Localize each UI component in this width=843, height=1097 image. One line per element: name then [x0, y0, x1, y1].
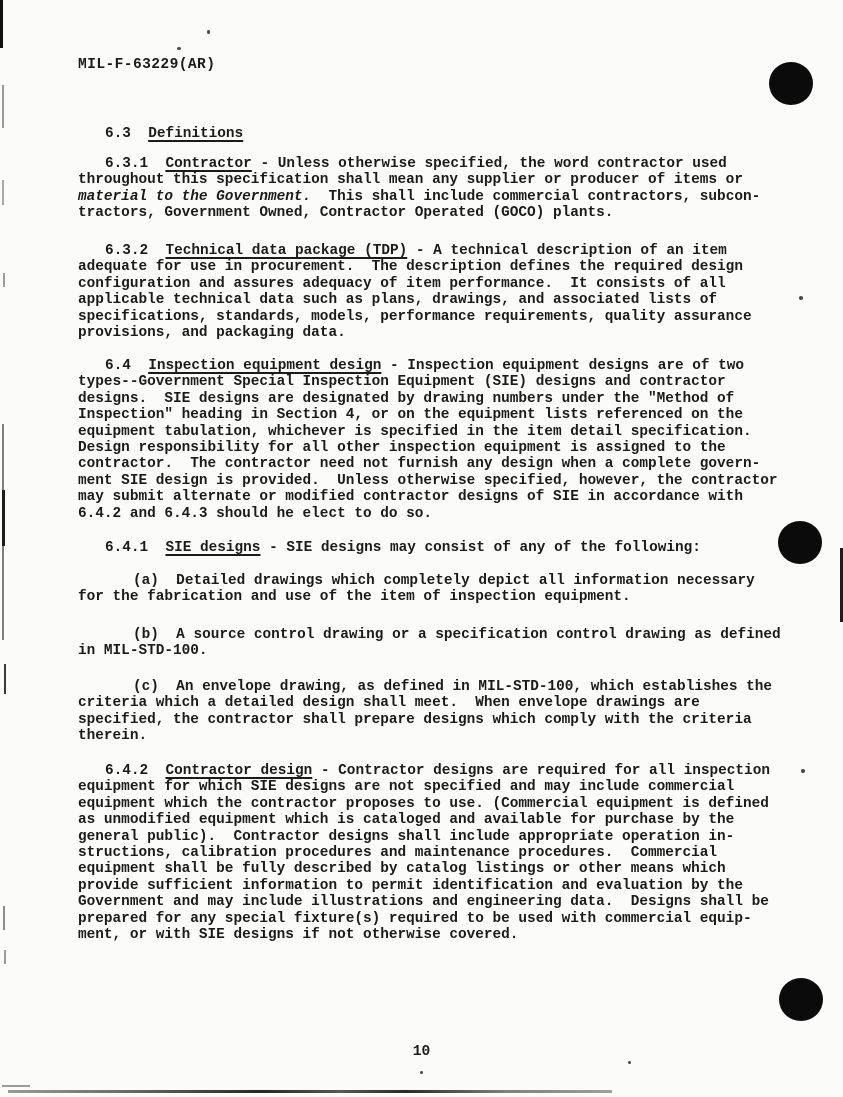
- section-body: - Inspection equipment designs are of tw…: [78, 358, 778, 522]
- scan-edge-mark: [4, 950, 6, 964]
- section-6-3-1: 6.3.1 Contractor - Unless otherwise spec…: [78, 156, 798, 222]
- bottom-scan-rule: [8, 1090, 612, 1093]
- scan-edge-mark: [2, 85, 4, 128]
- scan-edge-mark: [2, 490, 5, 546]
- section-title: Inspection equipment design: [148, 358, 381, 374]
- section-number: 6.3.1: [105, 156, 165, 172]
- section-number: 6.4: [105, 358, 148, 374]
- scan-edge-mark: [2, 1085, 30, 1087]
- scan-speck: [420, 1071, 423, 1074]
- section-title: Definitions: [148, 126, 243, 142]
- scanned-document-page: MIL-F-63229(AR) 6.3 Definitions 6.3.1 Co…: [0, 0, 843, 1097]
- binder-hole-dot: [779, 978, 823, 1021]
- section-title: SIE designs: [165, 540, 260, 556]
- document-id-header: MIL-F-63229(AR): [78, 57, 215, 73]
- scan-speck: [801, 769, 805, 773]
- section-body-italic: material to the Government.: [78, 189, 311, 205]
- binder-hole-dot: [769, 62, 813, 105]
- section-heading-6-3: 6.3 Definitions: [78, 126, 798, 142]
- list-item-a: (a) Detailed drawings which completely d…: [78, 573, 798, 606]
- section-number: 6.4.2: [105, 763, 165, 779]
- scan-speck: [799, 296, 803, 300]
- scan-speck: [207, 30, 210, 34]
- section-6-3-2: 6.3.2 Technical data package (TDP) - A t…: [78, 243, 798, 341]
- page-number: 10: [0, 1044, 843, 1060]
- scan-edge-mark: [3, 906, 5, 930]
- section-body: - Contractor designs are required for al…: [78, 763, 770, 943]
- section-number: 6.4.1: [105, 540, 165, 556]
- section-title: Contractor: [165, 156, 251, 172]
- section-body: - SIE designs may consist of any of the …: [260, 540, 700, 556]
- scan-edge-mark: [4, 664, 6, 694]
- scan-speck: [628, 1061, 631, 1064]
- scan-edge-mark: [3, 273, 5, 287]
- scan-speck: [177, 47, 181, 50]
- section-6-4-2: 6.4.2 Contractor design - Contractor des…: [78, 763, 798, 943]
- section-title: Contractor design: [165, 763, 312, 779]
- section-6-4-1: 6.4.1 SIE designs - SIE designs may cons…: [78, 540, 798, 556]
- section-number: 6.3.2: [105, 243, 165, 259]
- binder-hole-dot: [778, 521, 822, 564]
- list-item-c: (c) An envelope drawing, as defined in M…: [78, 679, 798, 745]
- scan-edge-mark: [2, 180, 4, 205]
- scan-edge-mark: [0, 0, 3, 48]
- section-6-4: 6.4 Inspection equipment design - Inspec…: [78, 358, 798, 522]
- section-title: Technical data package (TDP): [165, 243, 407, 259]
- section-number: 6.3: [105, 126, 148, 142]
- list-item-b: (b) A source control drawing or a specif…: [78, 627, 798, 660]
